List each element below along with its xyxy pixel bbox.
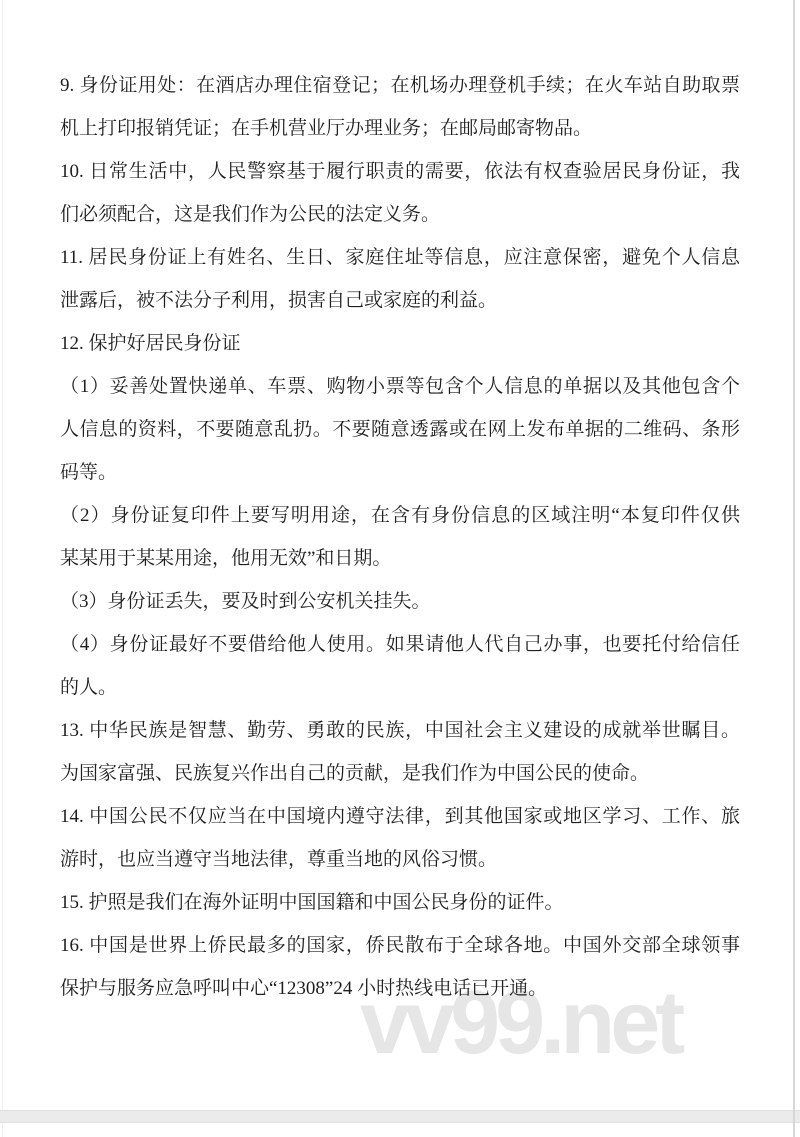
- text-line-item16-2: 保护与服务应急呼叫中心“12308”24 小时热线电话已开通。: [60, 967, 740, 1010]
- text-line-item13-1: 13. 中华民族是智慧、勤劳、勇敢的民族，中国社会主义建设的成就举世瞩目。: [60, 709, 740, 752]
- text-line-sub3: （3）身份证丢失，要及时到公安机关挂失。: [60, 580, 740, 623]
- text-line-sub2-2: 某某用于某某用途，他用无效”和日期。: [60, 537, 740, 580]
- text-line-item11-2: 泄露后，被不法分子利用，损害自己或家庭的利益。: [60, 279, 740, 322]
- text-content: 9. 身份证用处：在酒店办理住宿登记；在机场办理登机手续；在火车站自助取票 机上…: [60, 64, 740, 1010]
- text-line-item10-2: 们必须配合，这是我们作为公民的法定义务。: [60, 193, 740, 236]
- text-line-item16-1: 16. 中国是世界上侨民最多的国家，侨民散布于全球各地。中国外交部全球领事: [60, 924, 740, 967]
- page-right-edge-line: [793, 0, 795, 1137]
- text-line-sub1-2: 人信息的资料，不要随意乱扔。不要随意透露或在网上发布单据的二维码、条形: [60, 408, 740, 451]
- text-line-item9-2: 机上打印报销凭证；在手机营业厅办理业务；在邮局邮寄物品。: [60, 107, 740, 150]
- text-line-sub1-3: 码等。: [60, 451, 740, 494]
- text-line-item9-1: 9. 身份证用处：在酒店办理住宿登记；在机场办理登机手续；在火车站自助取票: [60, 64, 740, 107]
- text-line-item14-2: 游时，也应当遵守当地法律，尊重当地的风俗习惯。: [60, 838, 740, 881]
- text-line-item14-1: 14. 中国公民不仅应当在中国境内遵守法律，到其他国家或地区学习、工作、旅: [60, 795, 740, 838]
- text-line-item11-1: 11. 居民身份证上有姓名、生日、家庭住址等信息，应注意保密，避免个人信息: [60, 236, 740, 279]
- text-line-sub4-1: （4）身份证最好不要借给他人使用。如果请他人代自己办事，也要托付给信任: [60, 623, 740, 666]
- page-left-edge-line: [2, 0, 3, 1137]
- text-line-item10-1: 10. 日常生活中，人民警察基于履行职责的需要，依法有权查验居民身份证，我: [60, 150, 740, 193]
- text-line-item12: 12. 保护好居民身份证: [60, 322, 740, 365]
- page-gap: [0, 1110, 800, 1123]
- text-line-item15: 15. 护照是我们在海外证明中国国籍和中国公民身份的证件。: [60, 881, 740, 924]
- text-line-sub4-2: 的人。: [60, 666, 740, 709]
- text-line-sub2-1: （2）身份证复印件上要写明用途，在含有身份信息的区域注明“本复印件仅供: [60, 494, 740, 537]
- document-page: vv99.net 9. 身份证用处：在酒店办理住宿登记；在机场办理登机手续；在火…: [0, 0, 800, 1137]
- text-line-sub1-1: （1）妥善处置快递单、车票、购物小票等包含个人信息的单据以及其他包含个: [60, 365, 740, 408]
- text-line-item13-2: 为国家富强、民族复兴作出自己的贡献，是我们作为中国公民的使命。: [60, 752, 740, 795]
